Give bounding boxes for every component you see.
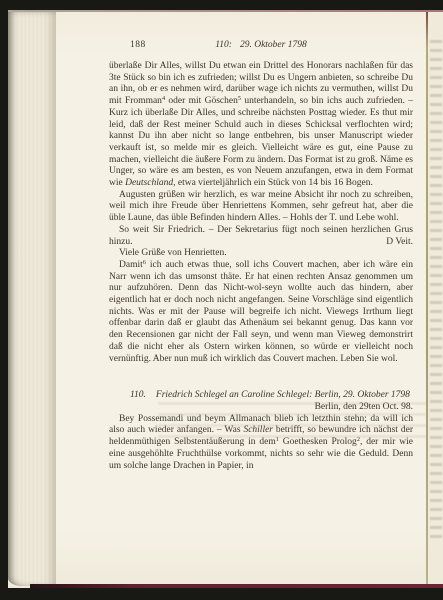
paragraph: Viele Grüße von Henrietten. [109, 248, 413, 260]
page-header: 188 110:29. Oktober 1798 [109, 40, 413, 52]
page-edge-stack [8, 12, 56, 586]
footnote-marker: 6 [143, 259, 146, 266]
running-title-date: 29. Oktober 1798 [240, 40, 307, 50]
paragraph-text: unterhandeln, so bin ichs auch zufrieden… [109, 96, 413, 188]
emphasis-text: Schiller [243, 425, 273, 435]
book-page: 188 110:29. Oktober 1798 überlaße Dir Al… [8, 10, 443, 588]
adjacent-page-sliver [428, 12, 443, 584]
dateline: Berlin, den 29ten Oct. 98. [109, 402, 413, 414]
footnote-marker: 2 [357, 436, 360, 443]
paragraph: Bey Possemandi und beym Allmanach blieb … [109, 414, 413, 473]
running-title: 110:29. Oktober 1798 [109, 40, 413, 52]
page-number: 188 [130, 40, 146, 52]
paragraph: Augusten grüßen wir herzlich, es war mei… [109, 190, 413, 225]
paragraph-with-signature: So weit Sir Friedrich. – Der Sekretarius… [109, 225, 413, 248]
letter-heading: 110.Friedrich Schlegel an Caroline Schle… [130, 390, 413, 402]
paragraph-text: ich auch etwas thue, soll ichs Couvert m… [109, 260, 413, 364]
paragraph-text: Damit [119, 260, 143, 270]
paragraph-continuation: überlaße Dir Alles, willst Du etwan ein … [109, 61, 413, 190]
paragraph-text: oder mit Göschen [165, 96, 238, 106]
paragraph-text: Augusten grüßen wir herzlich, es war mei… [109, 190, 413, 223]
text-column: 188 110:29. Oktober 1798 überlaße Dir Al… [109, 40, 413, 472]
scanner-background: 188 110:29. Oktober 1798 überlaße Dir Al… [0, 0, 443, 600]
bleed-through-text [430, 40, 442, 544]
footnote-marker: 1 [276, 436, 279, 443]
paragraph-text: etwa vierteljährlich ein Stück von 14 bi… [176, 178, 373, 188]
running-title-number: 110: [215, 40, 232, 50]
paragraph-text: So weit Sir Friedrich. – Der Sekretarius… [109, 225, 413, 247]
dateline-text: Berlin, den 29ten Oct. 98. [315, 402, 413, 412]
paragraph-text: Viele Grüße von Henrietten. [119, 248, 227, 258]
signature: D Veit. [376, 237, 413, 249]
paragraph-text: Goethesken Prolog [279, 437, 357, 447]
emphasis-text: Deutschland, [125, 178, 175, 188]
letter-number: 110. [130, 390, 146, 400]
footnote-marker: 5 [238, 95, 241, 102]
footnote-marker: 4 [162, 95, 165, 102]
paragraph: Damit6 ich auch etwas thue, soll ichs Co… [109, 260, 413, 365]
letter-title: Friedrich Schlegel an Caroline Schlegel:… [156, 390, 410, 400]
